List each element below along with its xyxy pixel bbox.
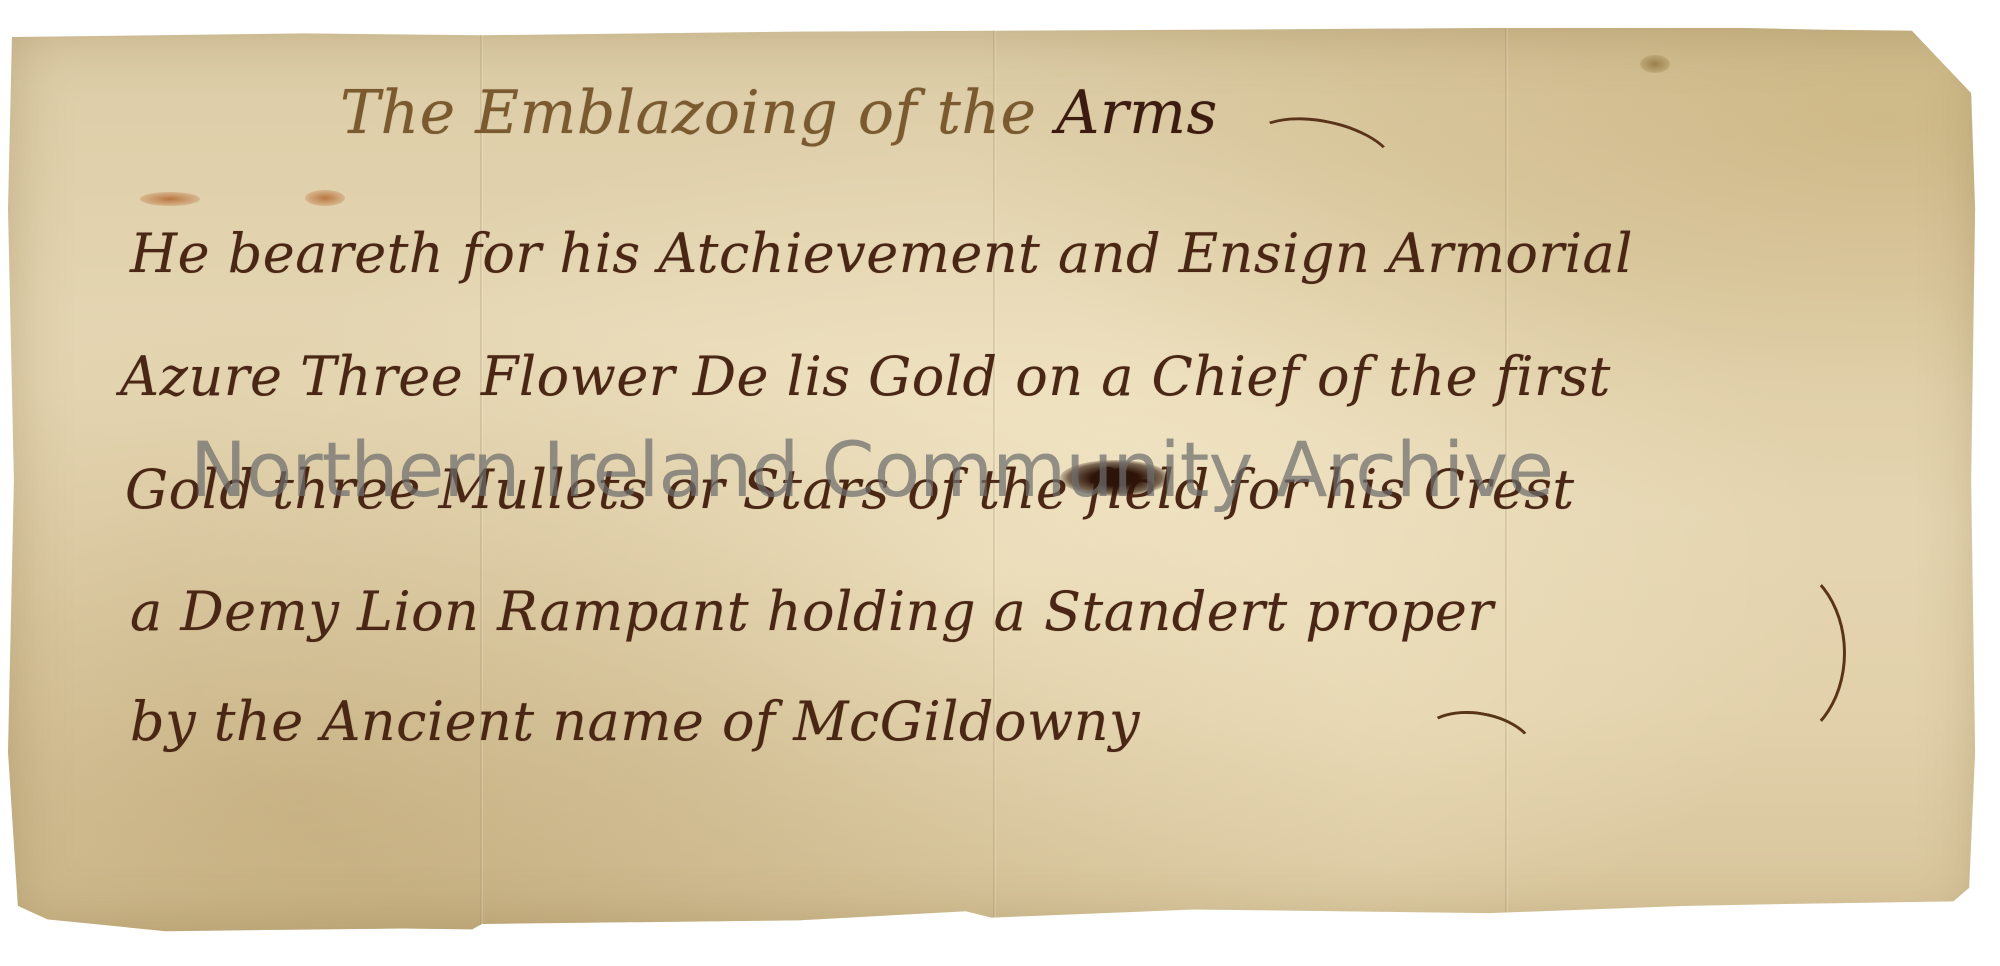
rust-stain — [305, 190, 345, 206]
text-line-1: He beareth for his Atchievement and Ensi… — [130, 222, 1633, 285]
title-text-arms: Arms — [1056, 78, 1218, 148]
text-line-2: Azure Three Flower De lis Gold on a Chie… — [120, 345, 1611, 408]
pen-flourish — [1700, 560, 1846, 746]
title-text: The Emblazoing of the — [340, 78, 1037, 148]
age-spot — [1640, 55, 1670, 73]
rust-stain — [140, 192, 200, 206]
text-line-5: by the Ancient name of McGildowny — [130, 690, 1140, 753]
text-line-4: a Demy Lion Rampant holding a Standert p… — [130, 580, 1494, 643]
archive-watermark: Northern Ireland Community Archive — [190, 425, 1553, 514]
scan-canvas: The Emblazoing of the Arms He beareth fo… — [0, 0, 2000, 966]
document-title: The Emblazoing of the Arms — [340, 78, 1218, 148]
